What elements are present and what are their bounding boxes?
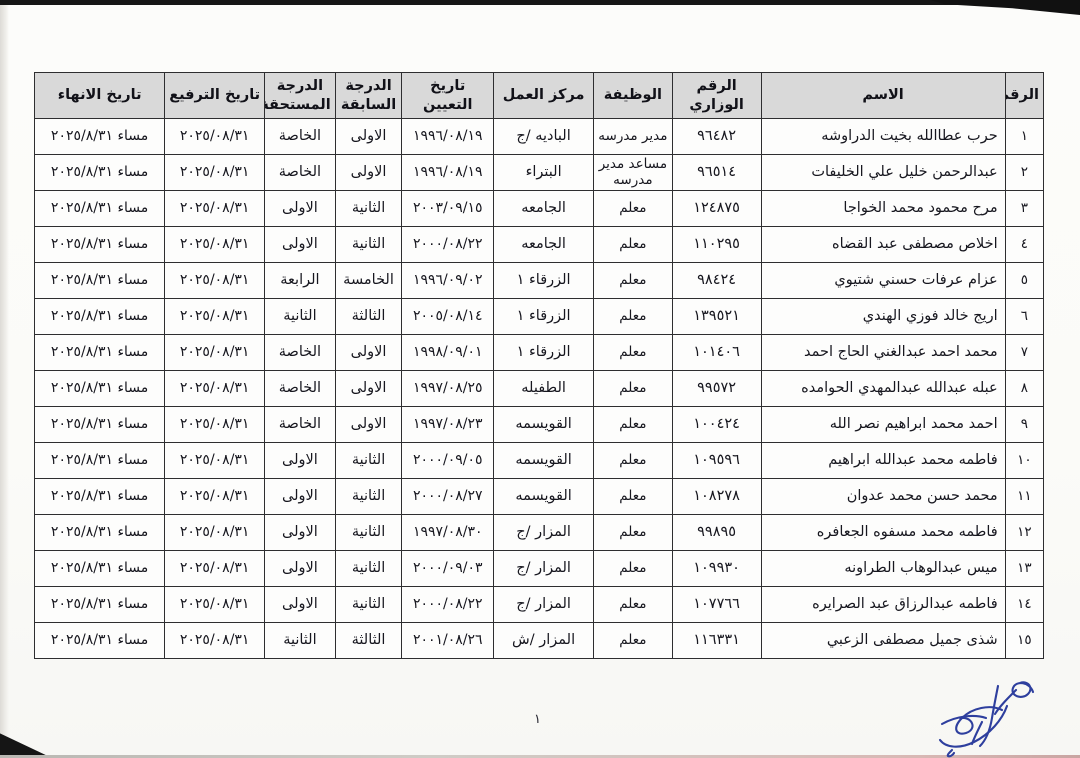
scanned-page: الرقم الاسم الرقم الوزاري الوظيفة مركز ا… bbox=[0, 0, 1080, 758]
cell-due_grade: الثانية bbox=[265, 299, 336, 335]
cell-name: عزام عرفات حسني شتيوي bbox=[761, 263, 1005, 299]
cell-due_grade: الاولى bbox=[265, 443, 336, 479]
col-header-num: الرقم bbox=[1005, 73, 1043, 119]
cell-ends: مساء ٢٠٢٥/٨/٣١ bbox=[35, 443, 165, 479]
cell-ends: مساء ٢٠٢٥/٨/٣١ bbox=[35, 191, 165, 227]
col-header-end-date: تاريخ الانهاء bbox=[35, 73, 165, 119]
cell-ministry_no: ١٣٩٥٢١ bbox=[672, 299, 761, 335]
cell-job: معلم bbox=[594, 371, 673, 407]
cell-job: معلم bbox=[594, 515, 673, 551]
cell-ministry_no: ١٢٤٨٧٥ bbox=[672, 191, 761, 227]
cell-promoted: ٢٠٢٥/٠٨/٣١ bbox=[165, 263, 265, 299]
cell-due_grade: الاولى bbox=[265, 227, 336, 263]
table-row: ١حرب عطاالله بخيت الدراوشه٩٦٤٨٢مدير مدرس… bbox=[35, 119, 1044, 155]
cell-promoted: ٢٠٢٥/٠٨/٣١ bbox=[165, 299, 265, 335]
cell-ministry_no: ٩٩٥٧٢ bbox=[672, 371, 761, 407]
cell-due_grade: الخاصة bbox=[265, 119, 336, 155]
col-header-work-center: مركز العمل bbox=[494, 73, 594, 119]
cell-ministry_no: ٩٩٨٩٥ bbox=[672, 515, 761, 551]
cell-prev_grade: الثانية bbox=[335, 227, 402, 263]
cell-ministry_no: ٩٦٥١٤ bbox=[672, 155, 761, 191]
cell-ends: مساء ٢٠٢٥/٨/٣١ bbox=[35, 551, 165, 587]
cell-num: ٦ bbox=[1005, 299, 1043, 335]
cell-appointed: ٢٠٠٠/٠٨/٢٢ bbox=[402, 587, 494, 623]
scan-top-edge bbox=[0, 0, 1080, 5]
col-header-ministry-no: الرقم الوزاري bbox=[672, 73, 761, 119]
cell-appointed: ٢٠٠٠/٠٨/٢٧ bbox=[402, 479, 494, 515]
cell-num: ١٢ bbox=[1005, 515, 1043, 551]
col-header-previous-grade: الدرجة السابقة bbox=[335, 73, 402, 119]
cell-center: المزار /ج bbox=[494, 515, 594, 551]
cell-name: عبله عبدالله عبدالمهدي الحوامده bbox=[761, 371, 1005, 407]
cell-job: مدير مدرسه bbox=[594, 119, 673, 155]
cell-due_grade: الخاصة bbox=[265, 371, 336, 407]
cell-due_grade: الخاصة bbox=[265, 407, 336, 443]
cell-job: معلم bbox=[594, 551, 673, 587]
cell-promoted: ٢٠٢٥/٠٨/٣١ bbox=[165, 119, 265, 155]
cell-appointed: ٢٠٠١/٠٨/٢٦ bbox=[402, 623, 494, 659]
cell-ends: مساء ٢٠٢٥/٨/٣١ bbox=[35, 407, 165, 443]
cell-due_grade: الاولى bbox=[265, 191, 336, 227]
cell-appointed: ١٩٩٧/٠٨/٢٣ bbox=[402, 407, 494, 443]
cell-promoted: ٢٠٢٥/٠٨/٣١ bbox=[165, 335, 265, 371]
cell-prev_grade: الثانية bbox=[335, 479, 402, 515]
cell-appointed: ١٩٩٨/٠٩/٠١ bbox=[402, 335, 494, 371]
cell-promoted: ٢٠٢٥/٠٨/٣١ bbox=[165, 623, 265, 659]
scan-left-edge bbox=[0, 5, 9, 758]
cell-appointed: ٢٠٠٥/٠٨/١٤ bbox=[402, 299, 494, 335]
cell-appointed: ٢٠٠٠/٠٩/٠٣ bbox=[402, 551, 494, 587]
promotions-table: الرقم الاسم الرقم الوزاري الوظيفة مركز ا… bbox=[34, 72, 1044, 659]
cell-ends: مساء ٢٠٢٥/٨/٣١ bbox=[35, 371, 165, 407]
cell-name: فاطمه محمد مسفوه الجعافره bbox=[761, 515, 1005, 551]
col-header-promotion-date: تاريخ الترفيع bbox=[165, 73, 265, 119]
cell-job: معلم bbox=[594, 623, 673, 659]
cell-ends: مساء ٢٠٢٥/٨/٣١ bbox=[35, 479, 165, 515]
cell-name: فاطمه محمد عبدالله ابراهيم bbox=[761, 443, 1005, 479]
cell-ministry_no: ١١٦٣٣١ bbox=[672, 623, 761, 659]
cell-job: معلم bbox=[594, 443, 673, 479]
table-row: ١١محمد حسن محمد عدوان١٠٨٢٧٨معلمالقويسمه٢… bbox=[35, 479, 1044, 515]
col-header-due-grade: الدرجة المستحقة bbox=[265, 73, 336, 119]
cell-center: الطفيله bbox=[494, 371, 594, 407]
cell-prev_grade: الاولى bbox=[335, 335, 402, 371]
cell-num: ٢ bbox=[1005, 155, 1043, 191]
cell-ministry_no: ١٠٧٧٦٦ bbox=[672, 587, 761, 623]
cell-job: معلم bbox=[594, 299, 673, 335]
cell-job: معلم bbox=[594, 227, 673, 263]
cell-center: الزرقاء ١ bbox=[494, 299, 594, 335]
table-row: ١٢فاطمه محمد مسفوه الجعافره٩٩٨٩٥معلمالمز… bbox=[35, 515, 1044, 551]
cell-due_grade: الخاصة bbox=[265, 155, 336, 191]
scan-top-right-corner bbox=[930, 0, 1080, 15]
cell-center: الجامعه bbox=[494, 227, 594, 263]
table-body: ١حرب عطاالله بخيت الدراوشه٩٦٤٨٢مدير مدرس… bbox=[35, 119, 1044, 659]
cell-promoted: ٢٠٢٥/٠٨/٣١ bbox=[165, 371, 265, 407]
cell-name: فاطمه عبدالرزاق عبد الصرايره bbox=[761, 587, 1005, 623]
cell-num: ٧ bbox=[1005, 335, 1043, 371]
col-header-name: الاسم bbox=[761, 73, 1005, 119]
cell-promoted: ٢٠٢٥/٠٨/٣١ bbox=[165, 515, 265, 551]
cell-prev_grade: الاولى bbox=[335, 119, 402, 155]
promotions-table-container: الرقم الاسم الرقم الوزاري الوظيفة مركز ا… bbox=[34, 72, 1044, 659]
cell-prev_grade: الثانية bbox=[335, 587, 402, 623]
cell-num: ١٥ bbox=[1005, 623, 1043, 659]
cell-ends: مساء ٢٠٢٥/٨/٣١ bbox=[35, 623, 165, 659]
table-row: ٩احمد محمد ابراهيم نصر الله١٠٠٤٢٤معلمالق… bbox=[35, 407, 1044, 443]
cell-job: معلم bbox=[594, 587, 673, 623]
cell-num: ٩ bbox=[1005, 407, 1043, 443]
cell-center: المزار /ج bbox=[494, 551, 594, 587]
cell-due_grade: الخاصة bbox=[265, 335, 336, 371]
cell-num: ٨ bbox=[1005, 371, 1043, 407]
cell-job: معلم bbox=[594, 191, 673, 227]
cell-center: الزرقاء ١ bbox=[494, 263, 594, 299]
cell-num: ٣ bbox=[1005, 191, 1043, 227]
cell-appointed: ١٩٩٧/٠٨/٢٥ bbox=[402, 371, 494, 407]
table-row: ١٣ميس عبدالوهاب الطراونه١٠٩٩٣٠معلمالمزار… bbox=[35, 551, 1044, 587]
table-row: ٨عبله عبدالله عبدالمهدي الحوامده٩٩٥٧٢معل… bbox=[35, 371, 1044, 407]
cell-due_grade: الاولى bbox=[265, 515, 336, 551]
header-row: الرقم الاسم الرقم الوزاري الوظيفة مركز ا… bbox=[35, 73, 1044, 119]
cell-promoted: ٢٠٢٥/٠٨/٣١ bbox=[165, 443, 265, 479]
cell-due_grade: الاولى bbox=[265, 587, 336, 623]
cell-job: معلم bbox=[594, 407, 673, 443]
table-row: ٣مرح محمود محمد الخواجا١٢٤٨٧٥معلمالجامعه… bbox=[35, 191, 1044, 227]
cell-due_grade: الاولى bbox=[265, 479, 336, 515]
table-row: ٦اريج خالد فوزي الهندي١٣٩٥٢١معلمالزرقاء … bbox=[35, 299, 1044, 335]
cell-appointed: ١٩٩٧/٠٨/٣٠ bbox=[402, 515, 494, 551]
table-row: ١٥شذى جميل مصطفى الزعبي١١٦٣٣١معلمالمزار … bbox=[35, 623, 1044, 659]
cell-promoted: ٢٠٢٥/٠٨/٣١ bbox=[165, 191, 265, 227]
table-row: ٤اخلاص مصطفى عبد القضاه١١٠٢٩٥معلمالجامعه… bbox=[35, 227, 1044, 263]
cell-name: محمد حسن محمد عدوان bbox=[761, 479, 1005, 515]
cell-ministry_no: ٩٦٤٨٢ bbox=[672, 119, 761, 155]
cell-center: البتراء bbox=[494, 155, 594, 191]
signature-scribble bbox=[912, 676, 1040, 758]
cell-center: المزار /ش bbox=[494, 623, 594, 659]
table-row: ١٤فاطمه عبدالرزاق عبد الصرايره١٠٧٧٦٦معلم… bbox=[35, 587, 1044, 623]
cell-due_grade: الرابعة bbox=[265, 263, 336, 299]
page-number: ١ bbox=[534, 712, 541, 727]
cell-promoted: ٢٠٢٥/٠٨/٣١ bbox=[165, 479, 265, 515]
cell-center: القويسمه bbox=[494, 407, 594, 443]
cell-name: ميس عبدالوهاب الطراونه bbox=[761, 551, 1005, 587]
table-row: ٢عبدالرحمن خليل علي الخليفات٩٦٥١٤مساعد م… bbox=[35, 155, 1044, 191]
cell-due_grade: الثانية bbox=[265, 623, 336, 659]
cell-ends: مساء ٢٠٢٥/٨/٣١ bbox=[35, 299, 165, 335]
cell-appointed: ٢٠٠٠/٠٨/٢٢ bbox=[402, 227, 494, 263]
cell-prev_grade: الخامسة bbox=[335, 263, 402, 299]
table-row: ٥عزام عرفات حسني شتيوي٩٨٤٢٤معلمالزرقاء ١… bbox=[35, 263, 1044, 299]
cell-job: معلم bbox=[594, 263, 673, 299]
cell-prev_grade: الثالثة bbox=[335, 299, 402, 335]
cell-prev_grade: الثانية bbox=[335, 515, 402, 551]
cell-ministry_no: ١١٠٢٩٥ bbox=[672, 227, 761, 263]
cell-ends: مساء ٢٠٢٥/٨/٣١ bbox=[35, 335, 165, 371]
cell-job: مساعد مدير مدرسه bbox=[594, 155, 673, 191]
cell-center: المزار /ج bbox=[494, 587, 594, 623]
cell-name: احمد محمد ابراهيم نصر الله bbox=[761, 407, 1005, 443]
cell-center: الباديه /ج bbox=[494, 119, 594, 155]
cell-prev_grade: الثانية bbox=[335, 191, 402, 227]
table-header: الرقم الاسم الرقم الوزاري الوظيفة مركز ا… bbox=[35, 73, 1044, 119]
cell-num: ١١ bbox=[1005, 479, 1043, 515]
cell-prev_grade: الثانية bbox=[335, 443, 402, 479]
cell-name: محمد احمد عبدالغني الحاج احمد bbox=[761, 335, 1005, 371]
cell-ministry_no: ١٠٩٩٣٠ bbox=[672, 551, 761, 587]
cell-appointed: ٢٠٠٣/٠٩/١٥ bbox=[402, 191, 494, 227]
col-header-appointment-date: تاريخ التعيين bbox=[402, 73, 494, 119]
cell-name: مرح محمود محمد الخواجا bbox=[761, 191, 1005, 227]
cell-center: القويسمه bbox=[494, 443, 594, 479]
cell-ends: مساء ٢٠٢٥/٨/٣١ bbox=[35, 263, 165, 299]
cell-appointed: ١٩٩٦/٠٨/١٩ bbox=[402, 155, 494, 191]
cell-center: الزرقاء ١ bbox=[494, 335, 594, 371]
table-row: ٧محمد احمد عبدالغني الحاج احمد١٠١٤٠٦معلم… bbox=[35, 335, 1044, 371]
cell-due_grade: الاولى bbox=[265, 551, 336, 587]
cell-promoted: ٢٠٢٥/٠٨/٣١ bbox=[165, 407, 265, 443]
cell-num: ١٠ bbox=[1005, 443, 1043, 479]
cell-appointed: ١٩٩٦/٠٩/٠٢ bbox=[402, 263, 494, 299]
cell-ministry_no: ١٠١٤٠٦ bbox=[672, 335, 761, 371]
cell-appointed: ٢٠٠٠/٠٩/٠٥ bbox=[402, 443, 494, 479]
cell-ministry_no: ٩٨٤٢٤ bbox=[672, 263, 761, 299]
cell-appointed: ١٩٩٦/٠٨/١٩ bbox=[402, 119, 494, 155]
cell-num: ٤ bbox=[1005, 227, 1043, 263]
cell-job: معلم bbox=[594, 335, 673, 371]
cell-num: ١ bbox=[1005, 119, 1043, 155]
cell-prev_grade: الثالثة bbox=[335, 623, 402, 659]
cell-prev_grade: الاولى bbox=[335, 155, 402, 191]
cell-center: الجامعه bbox=[494, 191, 594, 227]
cell-prev_grade: الاولى bbox=[335, 371, 402, 407]
cell-ends: مساء ٢٠٢٥/٨/٣١ bbox=[35, 587, 165, 623]
cell-promoted: ٢٠٢٥/٠٨/٣١ bbox=[165, 227, 265, 263]
cell-ends: مساء ٢٠٢٥/٨/٣١ bbox=[35, 155, 165, 191]
cell-name: اخلاص مصطفى عبد القضاه bbox=[761, 227, 1005, 263]
cell-promoted: ٢٠٢٥/٠٨/٣١ bbox=[165, 551, 265, 587]
cell-prev_grade: الثانية bbox=[335, 551, 402, 587]
cell-num: ١٣ bbox=[1005, 551, 1043, 587]
cell-num: ١٤ bbox=[1005, 587, 1043, 623]
cell-num: ٥ bbox=[1005, 263, 1043, 299]
cell-name: حرب عطاالله بخيت الدراوشه bbox=[761, 119, 1005, 155]
cell-center: القويسمه bbox=[494, 479, 594, 515]
cell-ends: مساء ٢٠٢٥/٨/٣١ bbox=[35, 119, 165, 155]
cell-name: شذى جميل مصطفى الزعبي bbox=[761, 623, 1005, 659]
cell-promoted: ٢٠٢٥/٠٨/٣١ bbox=[165, 155, 265, 191]
cell-ends: مساء ٢٠٢٥/٨/٣١ bbox=[35, 227, 165, 263]
cell-ministry_no: ١٠٩٥٩٦ bbox=[672, 443, 761, 479]
cell-name: اريج خالد فوزي الهندي bbox=[761, 299, 1005, 335]
cell-ends: مساء ٢٠٢٥/٨/٣١ bbox=[35, 515, 165, 551]
cell-promoted: ٢٠٢٥/٠٨/٣١ bbox=[165, 587, 265, 623]
cell-ministry_no: ١٠٨٢٧٨ bbox=[672, 479, 761, 515]
cell-ministry_no: ١٠٠٤٢٤ bbox=[672, 407, 761, 443]
cell-prev_grade: الاولى bbox=[335, 407, 402, 443]
cell-job: معلم bbox=[594, 479, 673, 515]
col-header-job: الوظيفة bbox=[594, 73, 673, 119]
cell-name: عبدالرحمن خليل علي الخليفات bbox=[761, 155, 1005, 191]
table-row: ١٠فاطمه محمد عبدالله ابراهيم١٠٩٥٩٦معلمال… bbox=[35, 443, 1044, 479]
